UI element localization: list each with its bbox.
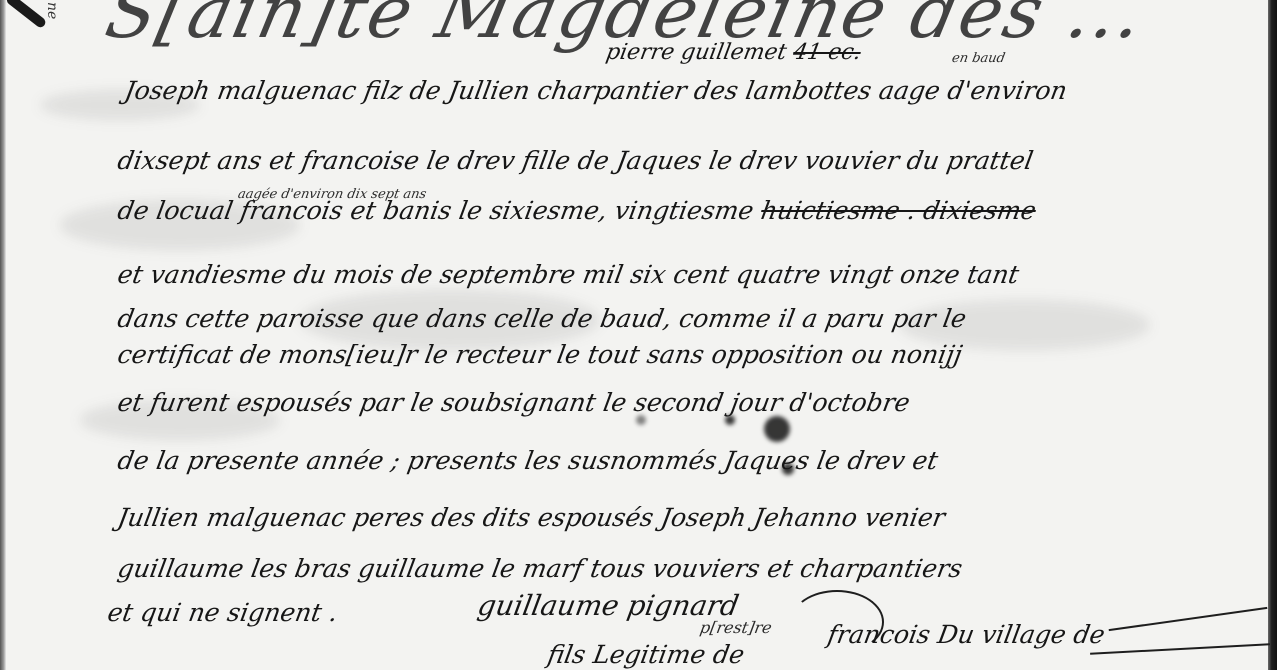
margin-note: ne	[44, 2, 60, 19]
register-line-11: et qui ne signent .	[106, 600, 340, 625]
header-name: pierre guillemet 41 ec.	[604, 42, 863, 64]
register-line-7: et furent espousés par le soubsignant le…	[116, 390, 912, 415]
register-line-2: dixsept ans et francoise le drev fille d…	[116, 148, 1035, 173]
register-line-12-continuation: francois Du village de	[826, 622, 1107, 647]
register-line-3-struck: huictiesme . dixiesme	[759, 196, 1039, 225]
register-line-10: guillaume les bras guillaume le marf tou…	[116, 556, 964, 581]
binding-edge	[1268, 0, 1277, 670]
priest-title: p[rest]re	[699, 620, 773, 636]
header-struck-fragment: 41 ec.	[791, 40, 863, 65]
margin-pointer-line	[1090, 643, 1270, 654]
paper-left-edge	[0, 0, 6, 670]
register-line-4: et vandiesme du mois de septembre mil si…	[116, 262, 1021, 287]
header-annotation-name: pierre guillemet	[604, 40, 789, 65]
priest-signature: guillaume pignard	[476, 592, 741, 620]
register-line-9: Jullien malguenac peres des dits espousé…	[116, 505, 947, 530]
register-line-6: certificat de mons[ieu]r le recteur le t…	[116, 342, 964, 367]
register-line-12-text: fils Legitime de	[545, 640, 746, 669]
register-line-8: de la presente année ; presents les susn…	[116, 448, 940, 473]
margin-pointer-line	[1109, 607, 1268, 631]
ink-blot	[764, 416, 790, 442]
register-line-1: Joseph malguenac filz de Jullien charpan…	[123, 78, 1069, 103]
document-page: ne S[ain]te Magdeleine des ... pierre gu…	[0, 0, 1277, 670]
above-line-insert: en baud	[951, 52, 1006, 65]
register-line-12: fils Legitime de	[546, 642, 747, 667]
register-line-5: dans cette paroisse que dans celle de ba…	[116, 306, 968, 331]
register-line-3-text: de locual francois et banis le sixiesme,…	[115, 196, 756, 225]
register-line-11-text: et qui ne signent .	[105, 598, 340, 627]
register-line-3: de locual francois et banis le sixiesme,…	[116, 198, 1038, 223]
corner-ink-stroke	[5, 0, 47, 29]
